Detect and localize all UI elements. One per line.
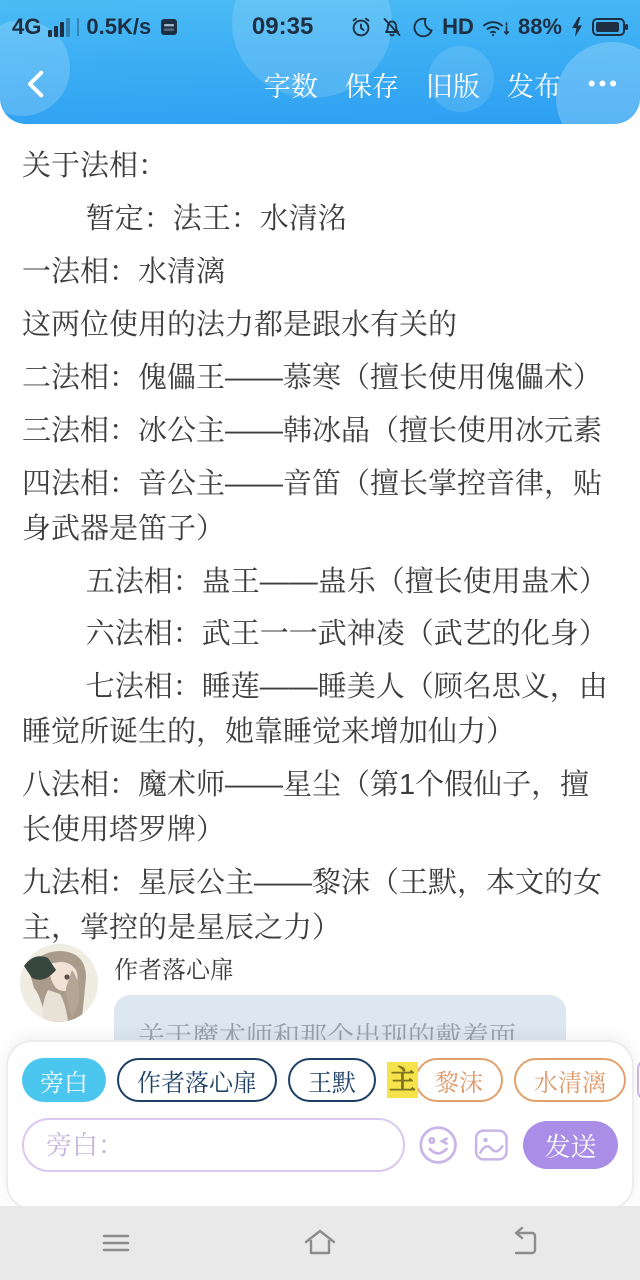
tag-author[interactable]: 作者落心扉: [117, 1058, 277, 1102]
image-icon[interactable]: [471, 1123, 512, 1167]
word-count-button[interactable]: 字数: [264, 65, 318, 104]
paragraph: 这两位使用的法力都是跟水有关的: [22, 303, 616, 348]
paragraph: 三法相：冰公主——韩冰晶（擅长使用冰元素: [22, 409, 616, 454]
character-tags-row: 旁白 作者落心扉 王默 主 黎沫 水清漓 标: [22, 1058, 618, 1102]
charging-bolt-icon: [569, 15, 585, 39]
header-actions: 字数 保存 旧版 发布 •••: [264, 65, 620, 104]
dialogue-input[interactable]: [22, 1118, 405, 1172]
document-editor[interactable]: 关于法相： 暂定：法王：水清洺 一法相：水清漓 这两位使用的法力都是跟水有关的 …: [0, 124, 640, 959]
composer-sheet: 旁白 作者落心扉 王默 主 黎沫 水清漓 标 发送: [6, 1040, 634, 1210]
night-mode-moon-icon: [411, 15, 435, 39]
clock-label: 09:35: [252, 13, 313, 41]
paragraph: 八法相：魔术师——星尘（第1个假仙子，擅长使用塔罗牌）: [22, 763, 616, 853]
hd-voice-label: HD: [442, 14, 474, 40]
paragraph: 六法相：武王一一武神凌（武艺的化身）: [22, 612, 616, 657]
more-menu-button[interactable]: •••: [588, 71, 620, 97]
publish-button[interactable]: 发布: [507, 65, 561, 104]
signal-strength-icon: [48, 17, 70, 37]
app-screen: 4G 0.5K/s 09:35 HD 88%: [0, 0, 640, 1280]
home-icon[interactable]: [300, 1227, 340, 1259]
paragraph: 一法相：水清漓: [22, 250, 616, 295]
paragraph: 二法相：傀儡王——慕寒（擅长使用傀儡术）: [22, 356, 616, 401]
calendar-icon: [158, 16, 180, 38]
divider: [77, 18, 79, 36]
paragraph: 暂定：法王：水清洺: [22, 197, 616, 242]
paragraph: 七法相：睡莲——睡美人（顾名思义，由睡觉所诞生的，她靠睡觉来增加仙力）: [22, 665, 616, 755]
recent-apps-menu-icon[interactable]: [98, 1228, 134, 1258]
author-name-label: 作者落心扉: [114, 944, 620, 985]
android-nav-bar: [0, 1206, 640, 1280]
battery-icon: [592, 16, 628, 38]
paragraph: 关于法相：: [22, 144, 616, 189]
avatar[interactable]: [20, 944, 98, 1022]
mute-bell-icon: [380, 15, 404, 39]
battery-percent-label: 88%: [518, 14, 562, 40]
tag-wangmo[interactable]: 王默: [288, 1058, 376, 1102]
network-type-label: 4G: [12, 14, 41, 40]
status-right-group: HD 88%: [349, 14, 628, 40]
composer-input-row: 发送: [22, 1118, 618, 1172]
lead-role-badge: 主: [387, 1062, 418, 1098]
back-return-icon[interactable]: [506, 1227, 542, 1259]
tag-narrator[interactable]: 旁白: [22, 1058, 106, 1102]
old-version-button[interactable]: 旧版: [426, 65, 480, 104]
wifi-icon: [481, 15, 511, 39]
paragraph: 五法相：蛊王——蛊乐（擅长使用蛊术）: [22, 560, 616, 605]
status-left-group: 4G 0.5K/s: [12, 14, 180, 40]
emoji-icon[interactable]: [416, 1121, 460, 1169]
tag-limo[interactable]: 黎沫: [415, 1058, 503, 1102]
app-header: 字数 保存 旧版 发布 •••: [0, 48, 640, 120]
paragraph: 九法相：星辰公主——黎沫（王默，本文的女主，掌控的是星辰之力）: [22, 861, 616, 951]
back-chevron-icon[interactable]: [20, 67, 54, 101]
tag-shuiqingli[interactable]: 水清漓: [514, 1058, 626, 1102]
top-header-block: 4G 0.5K/s 09:35 HD 88%: [0, 0, 640, 124]
save-button[interactable]: 保存: [345, 65, 399, 104]
paragraph: 四法相：音公主——音笛（擅长掌控音律，贴身武器是笛子）: [22, 462, 616, 552]
send-button[interactable]: 发送: [523, 1121, 618, 1169]
alarm-clock-icon: [349, 15, 373, 39]
network-speed-label: 0.5K/s: [86, 14, 151, 40]
status-bar: 4G 0.5K/s 09:35 HD 88%: [0, 0, 640, 48]
